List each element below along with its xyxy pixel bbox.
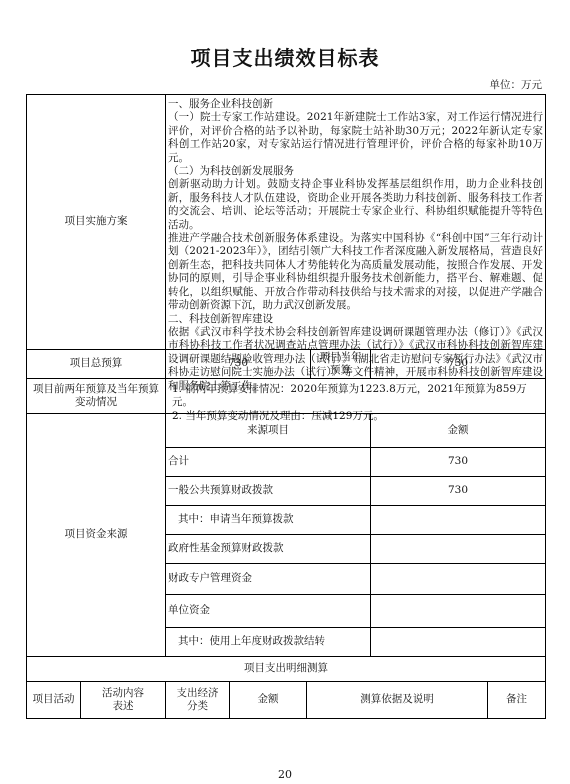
funding-row-amount [370, 563, 546, 595]
funding-row-amount [370, 505, 546, 535]
funding-header-source: 来源项目 [165, 413, 371, 448]
funding-row-amount: 730 [370, 447, 546, 477]
implementation-line-1: 一、服务企业科技创新 [168, 98, 543, 111]
detail-col-content: 活动内容表述 [80, 681, 166, 719]
previous-budget-line-1: 1. 前两年预算安排情况：2020年预算为1223.8万元，2021年预算为85… [172, 383, 543, 410]
funding-row-amount: 730 [370, 476, 546, 506]
detail-col-basis: 测算依据及说明 [306, 681, 488, 719]
page-title: 项目支出绩效目标表 [0, 42, 570, 71]
funding-header-amount: 金额 [370, 413, 546, 448]
detail-col-activity: 项目活动 [26, 681, 81, 719]
implementation-content-cell: 一、服务企业科技创新 （一）院士专家工作站建设。2021年新建院士工作站3家，对… [165, 94, 546, 350]
funding-row-source: 合计 [165, 447, 371, 477]
funding-row-amount [370, 594, 546, 628]
implementation-label-cell: 项目实施方案 [26, 94, 166, 350]
funding-row-amount [370, 534, 546, 564]
funding-row-source: 政府性基金预算财政拨款 [165, 534, 371, 564]
detail-col-economic-class: 支出经济分类 [165, 681, 230, 719]
page-number: 20 [0, 768, 570, 781]
unit-label: 单位：万元 [490, 77, 543, 92]
implementation-line-2: （一）院士专家工作站建设。2021年新建院士工作站3家，对工作运行情况进行评价，… [168, 111, 543, 165]
total-budget-value: 730 [165, 349, 311, 379]
implementation-label: 项目实施方案 [65, 215, 128, 228]
funding-row-source: 一般公共预算财政拨款 [165, 476, 371, 506]
implementation-line-4: 创新驱动助力计划。鼓励支持企事业科协发挥基层组织作用，助力企业科技创新，服务科技… [168, 178, 543, 232]
funding-row-source: 单位资金 [165, 594, 371, 628]
funding-label-cell: 项目资金来源 [26, 413, 166, 657]
current-budget-label: 项目当年预算 [310, 349, 371, 379]
total-budget-label: 项目总预算 [26, 349, 166, 379]
funding-label: 项目资金来源 [65, 528, 128, 541]
detail-col-amount: 金额 [229, 681, 307, 719]
current-budget-value: 730 [370, 349, 546, 379]
detail-col-remarks: 备注 [487, 681, 546, 719]
implementation-line-6: 二、科技创新智库建设 [168, 313, 543, 326]
previous-budget-label: 项目前两年预算及当年预算变动情况 [26, 378, 166, 414]
funding-row-source: 其中：使用上年度财政拨款结转 [165, 627, 371, 657]
funding-row-amount [370, 627, 546, 657]
implementation-line-5: 推进产学融合技术创新服务体系建设。为落实中国科协《“科创中国”三年行动计划（20… [168, 232, 543, 312]
previous-budget-content: 1. 前两年预算安排情况：2020年预算为1223.8万元，2021年预算为85… [165, 378, 546, 414]
detail-title: 项目支出明细测算 [26, 656, 546, 682]
implementation-line-3: （二）为科技创新发展服务 [168, 165, 543, 178]
funding-row-source: 财政专户管理资金 [165, 563, 371, 595]
funding-row-source: 其中：申请当年预算拨款 [165, 505, 371, 535]
